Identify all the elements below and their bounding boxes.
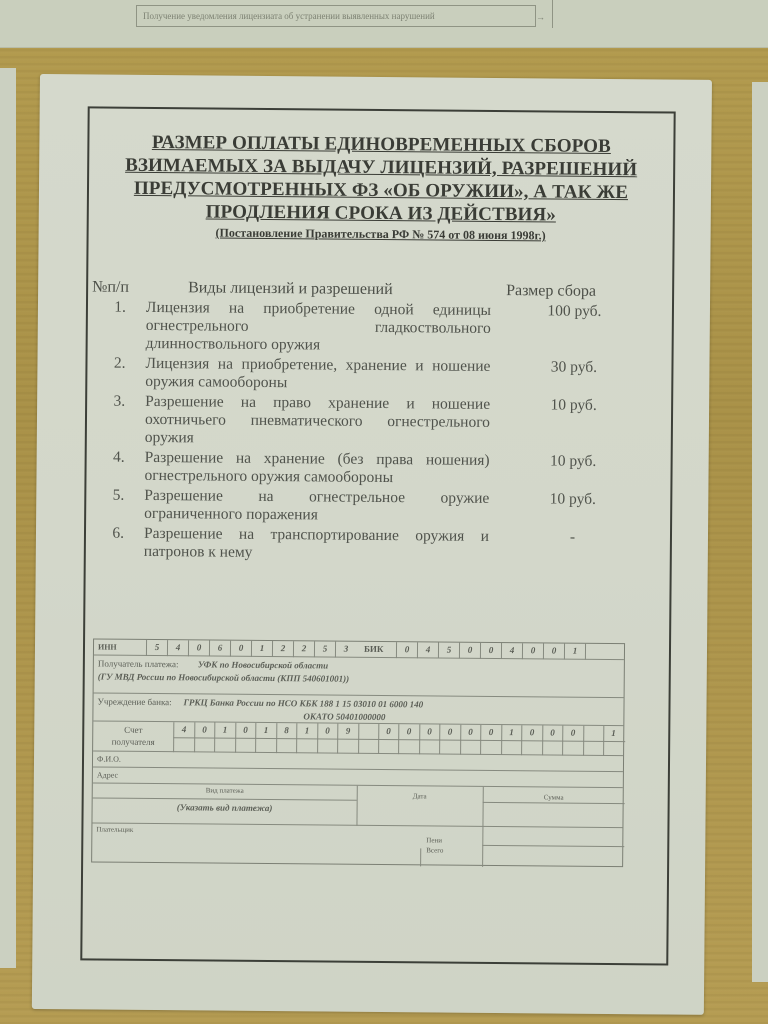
row-fee: 30 руб.: [490, 358, 671, 396]
right-sheet-edge: [752, 82, 768, 982]
row-fee: -: [489, 528, 670, 566]
payment-type-label: Вид платежа: [93, 785, 357, 795]
row-fee: 10 руб.: [489, 452, 670, 490]
top-strip-text: Получение уведомления лицензиата об устр…: [136, 5, 536, 27]
digit-cell: 0: [459, 643, 480, 659]
document-frame: РАЗМЕР ОПЛАТЫ ЕДИНОВРЕМЕННЫХ СБОРОВ ВЗИМ…: [80, 106, 675, 965]
table-row: 4. Разрешение на хранение (без права нош…: [86, 448, 670, 489]
header-type: Виды лицензий и разрешений: [188, 279, 393, 299]
row-description: Разрешение на хранение (без права ношени…: [144, 449, 489, 488]
recipient-value: УФК по Новосибирской области: [198, 659, 328, 670]
row-number: 1.: [88, 298, 146, 353]
table-row: 3. Разрешение на право хранение и ношени…: [87, 392, 671, 451]
table-row: 1. Лицензия на приобретение одной единиц…: [88, 298, 672, 357]
row-description: Разрешение на транспортирование оружия и…: [144, 525, 489, 564]
arrow-right-icon: →: [536, 12, 545, 22]
row-description: Разрешение на огнестрельное оружие огран…: [144, 487, 489, 526]
document-title: РАЗМЕР ОПЛАТЫ ЕДИНОВРЕМЕННЫХ СБОРОВ ВЗИМ…: [89, 130, 674, 227]
row-description: Лицензия на приобретение, хранение и нош…: [145, 355, 490, 394]
row-description: Лицензия на приобретение одной единицы о…: [146, 299, 491, 356]
top-sheet: Получение уведомления лицензиата об устр…: [0, 0, 768, 48]
document-subtitle: (Постановление Правительства РФ № 574 от…: [89, 224, 673, 244]
recipient-line2: (ГУ МВД России по Новосибирской области …: [98, 672, 349, 684]
divider: [420, 848, 421, 866]
payer-row: Плательщик Пени Всего: [92, 823, 622, 868]
row-fee: 10 руб.: [490, 396, 671, 452]
table-row: 6. Разрешение на транспортирование оружи…: [86, 524, 670, 565]
digit-cell: [585, 644, 625, 660]
account-row: Счет получателя 40101810900000010001: [93, 721, 623, 756]
left-sheet-edge: [0, 68, 16, 968]
sum-label: Сумма: [483, 793, 625, 802]
row-number: 5.: [86, 486, 144, 523]
okato-value: ОКАТО 50401000000: [303, 711, 385, 722]
divider: [483, 802, 625, 804]
payer-label: Плательщик: [96, 826, 133, 834]
row-number: 4.: [86, 448, 144, 485]
row-fee: 10 руб.: [489, 490, 670, 528]
row-number: 3.: [87, 392, 145, 447]
divider: [552, 0, 553, 28]
address-label: Адрес: [97, 771, 118, 780]
table-row: 2. Лицензия на приобретение, хранение и …: [87, 354, 671, 395]
row-description: Разрешение на право хранение и ношение о…: [145, 393, 490, 450]
document-paper: РАЗМЕР ОПЛАТЫ ЕДИНОВРЕМЕННЫХ СБОРОВ ВЗИМ…: [32, 74, 712, 1015]
digit-cell: 4: [501, 643, 522, 659]
bank-label: Учреждение банка:: [97, 697, 171, 708]
fees-table-header: №п/п Виды лицензий и разрешений Размер с…: [88, 278, 672, 283]
header-fee: Размер сбора: [506, 282, 596, 301]
digit-cell: 0: [480, 643, 501, 659]
divider: [93, 797, 357, 800]
divider: [482, 845, 624, 847]
digit-cell: 1: [564, 644, 585, 660]
penalty-label: Пени: [426, 836, 442, 844]
row-fee: 100 руб.: [491, 302, 672, 358]
divider: [482, 827, 483, 867]
payment-details-row: Вид платежа (Указать вид платежа) Дата С…: [92, 783, 622, 828]
bank-value: ГРКЦ Банка России по НСО КБК 188 1 15 03…: [183, 697, 423, 709]
digit-cell: 0: [543, 643, 564, 659]
row-number: 6.: [86, 524, 144, 561]
total-label: Всего: [426, 846, 443, 854]
payment-type-hint: (Указать вид платежа): [93, 801, 357, 813]
row-number: 2.: [87, 354, 145, 391]
recipient-label: Получатель платежа:: [98, 659, 179, 670]
header-num: №п/п: [92, 278, 129, 296]
recipient-row: Получатель платежа: УФК по Новосибирской…: [94, 655, 624, 694]
digit-cell: 0: [522, 643, 543, 659]
digit-cell: 0: [396, 642, 417, 658]
date-label: Дата: [357, 792, 483, 801]
fio-label: Ф.И.О.: [97, 755, 121, 764]
digit-cell: 5: [438, 642, 459, 658]
table-row: 5. Разрешение на огнестрельное оружие ог…: [86, 486, 670, 527]
digit-cell: 4: [417, 642, 438, 658]
payment-form: ИНН 5406012253 БИК 045004001 Получатель …: [91, 638, 625, 867]
fees-table: 1. Лицензия на приобретение одной единиц…: [86, 298, 672, 565]
